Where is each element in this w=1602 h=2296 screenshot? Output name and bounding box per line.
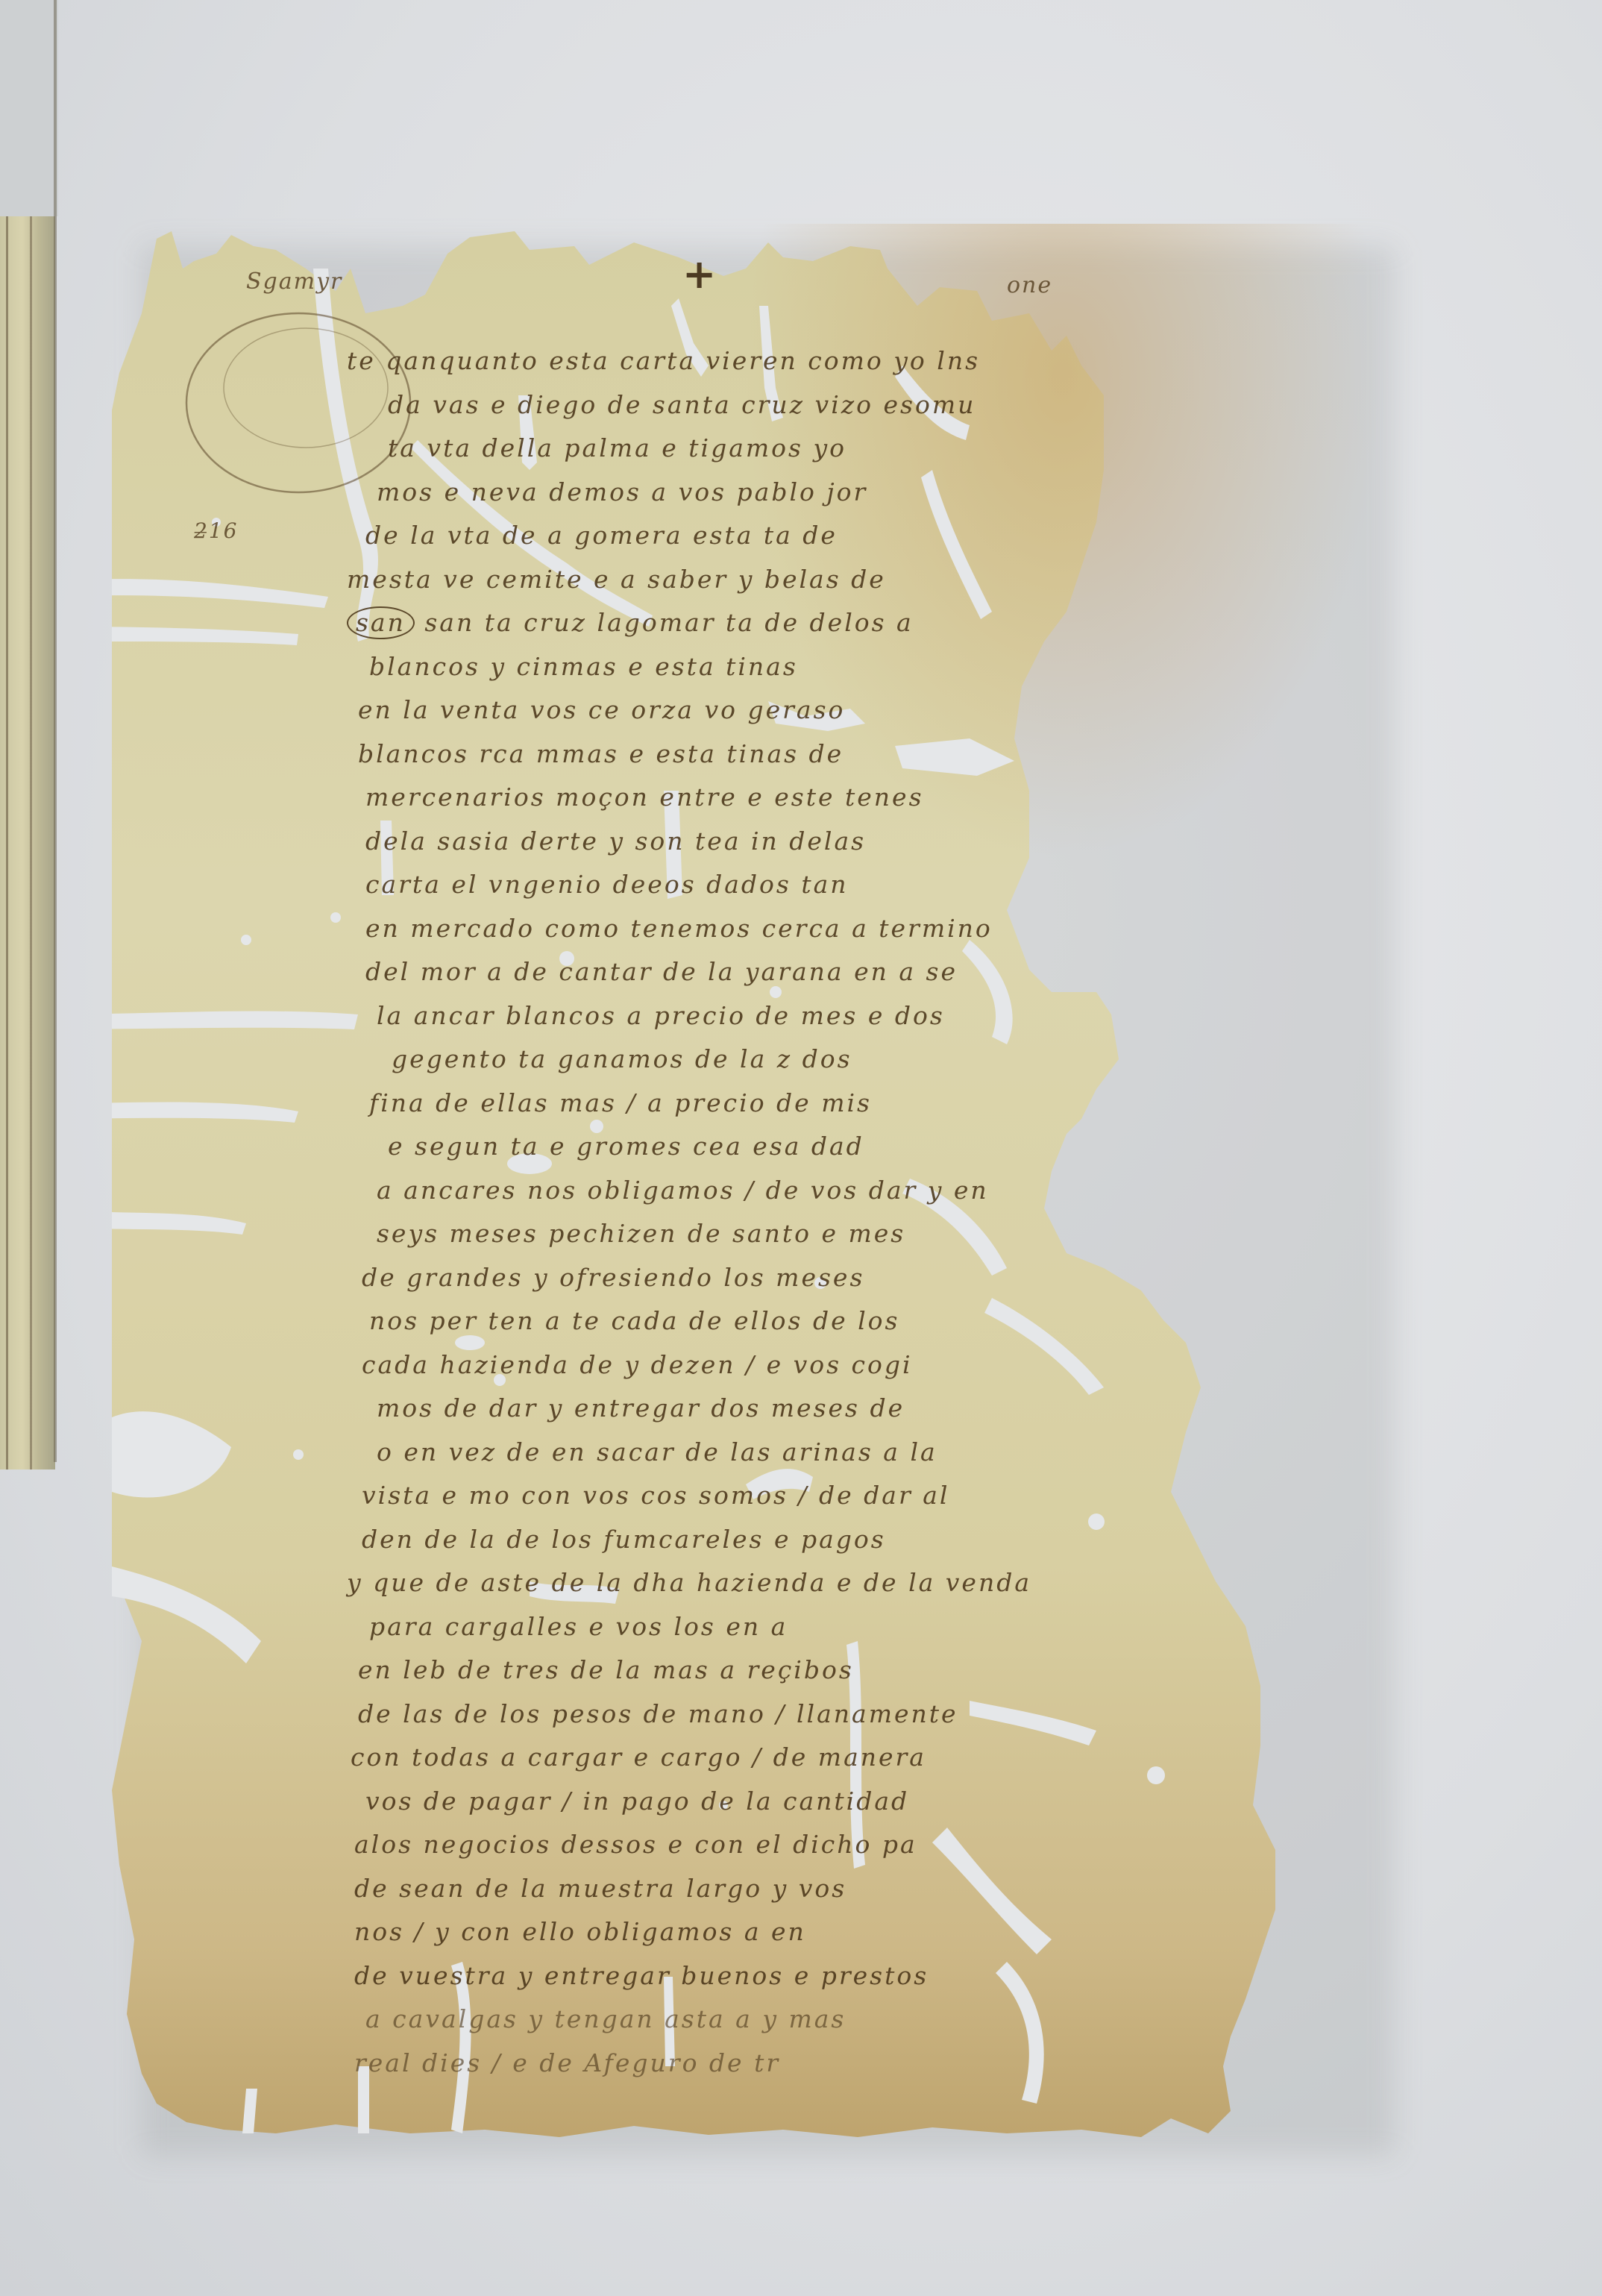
text-line: vista e mo con vos cos somos / de dar al	[347, 1474, 1339, 1518]
text-line: para cargalles e vos los en a	[347, 1605, 1339, 1649]
text-line: nos / y con ello obligamos a en	[347, 1910, 1339, 1954]
text-line: mercenarios moçon entre e este tenes	[347, 776, 1339, 820]
text-line: la ancar blancos a precio de mes e dos	[347, 994, 1339, 1038]
binding-strip	[0, 216, 55, 1469]
text-line: de la vta de a gomera esta ta de	[347, 514, 1339, 558]
text-line: mos e neva demos a vos pablo jor	[347, 471, 1339, 515]
text-line: de las de los pesos de mano / llanamente	[347, 1693, 1339, 1737]
text-line: mos de dar y entregar dos meses de	[347, 1387, 1339, 1431]
text-line: seys meses pechizen de santo e mes	[347, 1212, 1339, 1256]
text-line: alos negocios dessos e con el dicho pa	[347, 1823, 1339, 1867]
text-line: da vas e diego de santa cruz vizo esomu	[347, 383, 1339, 427]
text-line: de vuestra y entregar buenos e prestos	[347, 1954, 1339, 1998]
text-line: en leb de tres de la mas a reçibos	[347, 1649, 1339, 1693]
margin-note-top-right: one	[1007, 272, 1052, 298]
text-line: fina de ellas mas / a precio de mis	[347, 1082, 1339, 1126]
text-line: ta vta della palma e tigamos yo	[347, 427, 1339, 471]
text-line: o en vez de en sacar de las arinas a la	[347, 1431, 1339, 1475]
text-line: carta el vngenio deeos dados tan	[347, 863, 1339, 907]
text-line: san san ta cruz lagomar ta de delos a	[347, 601, 1339, 645]
text-line: con todas a cargar e cargo / de manera	[347, 1736, 1339, 1780]
text-line: a ancares nos obligamos / de vos dar y e…	[347, 1169, 1339, 1213]
text-line: blancos rca mmas e esta tinas de	[347, 733, 1339, 777]
text-line: de sean de la muestra largo y vos	[347, 1867, 1339, 1911]
folio-number: 2̶16	[194, 518, 238, 543]
text-line: te qanquanto esta carta vieren como yo l…	[347, 339, 1339, 383]
text-line: gegento ta ganamos de la z dos	[347, 1038, 1339, 1082]
adjacent-folio-binding	[0, 0, 60, 2296]
text-line: real dies / e de Afeguro de tr	[347, 2042, 1339, 2086]
text-line: de grandes y ofresiendo los meses	[347, 1256, 1339, 1300]
manuscript-text: te qanquanto esta carta vieren como yo l…	[347, 339, 1339, 2085]
text-line: y que de aste de la dha hazienda e de la…	[347, 1561, 1339, 1605]
text-line: nos per ten a te cada de ellos de los	[347, 1299, 1339, 1343]
text-line: a cavalgas y tengan asta a y mas	[347, 1998, 1339, 2042]
margin-note-top-left: Sgamyr	[246, 269, 342, 295]
text-line: vos de pagar / in pago de la cantidad	[347, 1780, 1339, 1824]
text-line: en la venta vos ce orza vo geraso	[347, 689, 1339, 733]
binding-edge	[54, 0, 57, 1462]
text-line-rest: san ta cruz lagomar ta de delos a	[424, 608, 913, 637]
text-line: e segun ta e gromes cea esa dad	[347, 1125, 1339, 1169]
background-top-left	[0, 0, 58, 216]
cross-mark: +	[682, 250, 716, 298]
text-line: den de la de los fumcareles e pagos	[347, 1518, 1339, 1562]
text-line: en mercado como tenemos cerca a termino	[347, 907, 1339, 951]
text-line: mesta ve cemite e a saber y belas de	[347, 558, 1339, 602]
circled-word: san	[347, 606, 415, 639]
text-line: dela sasia derte y son tea in delas	[347, 820, 1339, 864]
text-line: del mor a de cantar de la yarana en a se	[347, 950, 1339, 994]
text-line: cada hazienda de y dezen / e vos cogi	[347, 1343, 1339, 1387]
binding-line	[6, 216, 8, 1469]
binding-line	[30, 216, 32, 1469]
text-line: blancos y cinmas e esta tinas	[347, 645, 1339, 689]
